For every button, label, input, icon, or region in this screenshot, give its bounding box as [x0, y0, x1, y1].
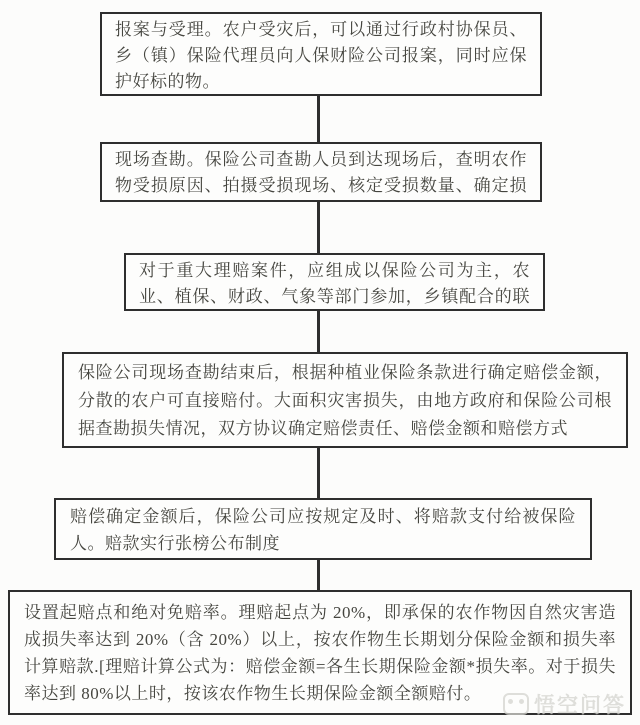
flow-node-report-and-acceptance: 报案与受理。农户受灾后，可以通过行政村协保员、乡（镇）保险代理员向人保财险公司报…: [100, 12, 542, 96]
connector-line: [317, 560, 320, 590]
flowchart-canvas: 报案与受理。农户受灾后，可以通过行政村协保员、乡（镇）保险代理员向人保财险公司报…: [0, 0, 640, 725]
connector-line: [317, 96, 320, 142]
connector-line: [317, 311, 320, 352]
flow-node-payment-publicity: 赔偿确定金额后，保险公司应按规定及时、将赔款支付给被保险人。赔款实行张榜公布制度: [54, 498, 592, 560]
flow-node-deductible-rules: 设置起赔点和绝对免赔率。理赔起点为 20%，即承保的农作物因自然灾害造成损失率达…: [8, 590, 632, 715]
flow-node-on-site-survey: 现场查勘。保险公司查勘人员到达现场后，查明农作物受损原因、拍摄受损现场、核定受损…: [100, 142, 542, 202]
connector-line: [317, 202, 320, 253]
flow-node-determine-compensation: 保险公司现场查勘结束后，根据种植业保险条款进行确定赔偿金额，分散的农户可直接赔付…: [62, 352, 628, 448]
connector-line: [317, 448, 320, 498]
flow-node-joint-survey-team: 对于重大理赔案件，应组成以保险公司为主，农业、植保、财政、气象等部门参加，乡镇配…: [124, 253, 545, 311]
